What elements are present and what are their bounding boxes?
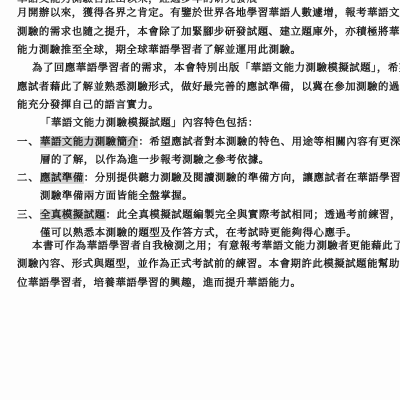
- cutoff-top-line: 華語文能力測驗自推出以來，經過多年的研究發展: [17, 0, 258, 5]
- paragraph-2-line-1: 為了回應華語學習者的需求，本會特別出版「華語文能力測驗模擬試題」，希望: [32, 62, 400, 74]
- paragraph-2-line-3: 能充分發揮自己的語言實力。: [17, 99, 159, 111]
- feature-3-desc: ：此全真模擬試題編製完全與實際考試相同；透過考前練習，不: [106, 209, 400, 221]
- feature-2-desc: ：分別提供聽力測驗及閱讀測驗的準備方向，讓應試者在華語學習及: [84, 172, 400, 184]
- feature-1-line-2: 層的了解，以作為進一步報考測驗之參考依據。: [40, 154, 270, 166]
- paragraph-3-line-3: 位華語學習者，培養華語學習的興趣，進而提升華語能力。: [17, 277, 301, 289]
- feature-1-desc: ：希望應試者對本測驗的特色、用途等相關內容有更深一: [138, 136, 400, 148]
- feature-3-line-1: 全真模擬試題：此全真模擬試題編製完全與實際考試相同；透過考前練習，不: [40, 209, 400, 221]
- feature-1-number: 一、: [17, 136, 40, 148]
- paragraph-1-line-2: 測驗的需求也隨之提升，本會除了加緊腳步研發試題、建立題庫外，亦積極將華語文: [17, 26, 400, 38]
- paragraph-1-line-3: 能力測驗推至全球，期全球華語學習者了解並運用此測驗。: [17, 44, 301, 56]
- feature-3-number: 三、: [17, 209, 40, 221]
- feature-1-title: 華語文能力測驗簡介: [40, 136, 138, 148]
- paragraph-3-line-2: 測驗內容、形式與題型，並作為正式考試前的練習。本會期許此模擬試題能幫助每一: [17, 258, 400, 270]
- feature-2-title: 應試準備: [40, 172, 84, 184]
- features-intro: 「華語文能力測驗模擬試題」內容特色包括：: [40, 117, 259, 129]
- feature-2-line-2: 測驗準備兩方面皆能全盤掌握。: [40, 190, 193, 202]
- feature-3-title: 全真模擬試題: [40, 209, 106, 221]
- feature-1-line-1: 華語文能力測驗簡介：希望應試者對本測驗的特色、用途等相關內容有更深一: [40, 136, 400, 148]
- scanned-document-page: 華語文能力測驗自推出以來，經過多年的研究發展 月開辦以來，獲得各界之肯定。有鑒於…: [0, 0, 400, 400]
- feature-2-line-1: 應試準備：分別提供聽力測驗及閱讀測驗的準備方向，讓應試者在華語學習及: [40, 172, 400, 184]
- feature-2-number: 二、: [17, 172, 40, 184]
- paragraph-1-line-1: 月開辦以來，獲得各界之肯定。有鑒於世界各地學習華語人數遽增，報考華語文能力: [17, 7, 400, 19]
- paragraph-2-line-2: 應試者藉此了解並熟悉測驗形式，做好最完善的應試準備，以冀在參加測驗的過程中: [17, 81, 400, 93]
- feature-3-line-2: 僅可以熟悉本測驗的題型及作答方式，在考試時更能夠得心應手。: [40, 227, 357, 239]
- paragraph-3-line-1: 本書可作為華語學習者自我檢測之用；有意報考華語文能力測驗者更能藉此了解: [32, 240, 400, 252]
